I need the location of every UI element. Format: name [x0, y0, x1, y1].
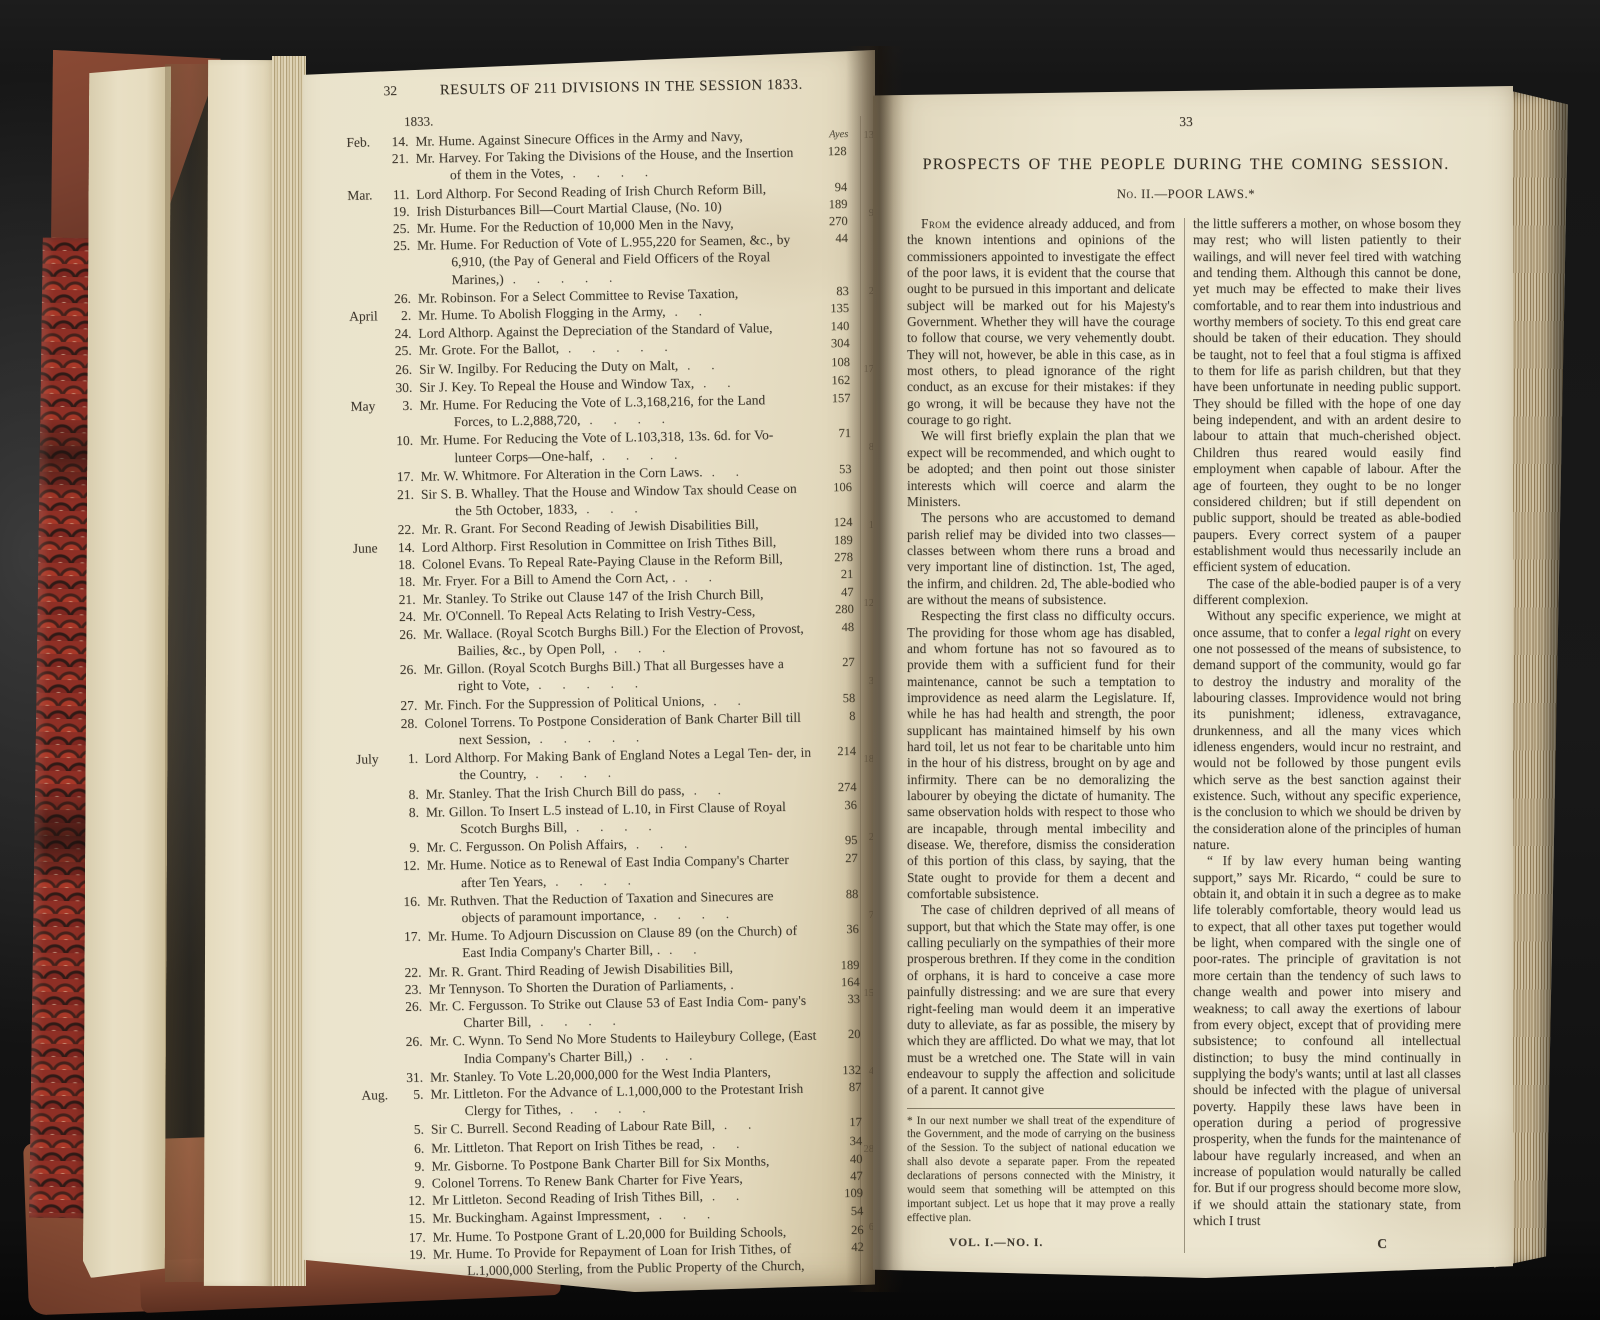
entry-day: 3.: [386, 397, 419, 415]
entry-month: [363, 1175, 399, 1176]
division-entry: 25.Mr. Hume. For Reduction of Vote of L.…: [348, 230, 849, 290]
entry-ayes-count: 135: [819, 300, 849, 318]
dot-leaders: ...: [586, 501, 659, 516]
entry-ayes-count: 106: [822, 479, 852, 497]
paragraph: “ If by law every human being wanting su…: [1193, 853, 1461, 1229]
entry-ayes-count: 47: [833, 1168, 863, 1186]
flyleaf-page: [204, 60, 278, 1286]
small-caps-lead: From: [921, 216, 951, 231]
entry-month: [363, 1192, 399, 1193]
paragraph: We will first briefly explain the plan t…: [907, 428, 1175, 510]
entry-month: [354, 609, 390, 610]
entry-day: 18.: [389, 573, 422, 591]
entry-ayes-count: 128: [816, 143, 846, 161]
right-page-number: 33: [907, 114, 1465, 130]
paragraph: Respecting the first class no difficulty…: [907, 608, 1175, 902]
entry-day: 17.: [388, 468, 421, 486]
dot-leaders: ..: [694, 782, 742, 797]
entry-text: Mr. Hume. For Reduction of Vote of L.955…: [417, 231, 819, 290]
paragraph: From the evidence already adduced, and f…: [907, 216, 1175, 428]
entry-month: [348, 237, 384, 238]
dot-leaders: ....: [540, 1014, 637, 1030]
entry-day: 2.: [385, 307, 418, 325]
entry-month: July: [356, 750, 392, 768]
entry-month: April: [349, 307, 385, 325]
left-page-number: 32: [383, 83, 397, 99]
entry-month: [358, 857, 394, 858]
dot-leaders: ...: [659, 1207, 732, 1222]
entry-day: 22.: [388, 521, 421, 539]
noes-fragment: 15: [864, 988, 875, 999]
dot-leaders: ....: [555, 873, 652, 889]
entry-ayes-count: 214: [826, 743, 856, 761]
entry-ayes-count: 280: [824, 601, 854, 619]
entry-ayes-count: 109: [833, 1185, 863, 1203]
dot-leaders: ....: [602, 447, 699, 463]
entry-month: [359, 928, 395, 929]
entry-month: [358, 893, 394, 894]
noes-fragment: 18: [864, 754, 875, 765]
entry-month: [351, 433, 387, 434]
entry-ayes-count: 94: [817, 179, 847, 197]
entry-day: 12.: [394, 857, 427, 875]
article-subtitle: No. II.—POOR LAWS.*: [907, 187, 1465, 202]
signature-mark: C: [1193, 1236, 1461, 1252]
book-photograph: 32 RESULTS OF 211 DIVISIONS IN THE SESSI…: [0, 0, 1600, 1320]
noes-fragment: 17: [864, 364, 875, 375]
entry-ayes-count: 21: [823, 566, 853, 584]
entry-day: 19.: [400, 1245, 433, 1263]
paragraph: Without any specific experience, we migh…: [1193, 608, 1461, 853]
dot-leaders: .....: [539, 730, 660, 746]
entry-ayes-count: 162: [820, 372, 850, 390]
entry-ayes-count: 58: [825, 689, 855, 707]
entry-ayes-count: 17: [832, 1114, 862, 1132]
entry-month: [360, 1034, 396, 1035]
entry-day: 26.: [396, 1033, 429, 1051]
running-title: RESULTS OF 211 DIVISIONS IN THE SESSION …: [397, 76, 846, 100]
noes-fragment: 28: [864, 1144, 875, 1155]
flyleaf-shadow: [165, 64, 209, 1282]
entry-day: 16.: [394, 892, 427, 910]
entry-month: [362, 1122, 398, 1123]
entry-ayes-count: 189: [823, 532, 853, 550]
entry-ayes-count: 157: [820, 390, 850, 408]
entry-month: [353, 591, 389, 592]
article-title: PROSPECTS OF THE PEOPLE DURING THE COMIN…: [907, 156, 1465, 174]
flyleaf-page: [83, 66, 171, 1278]
dot-leaders: .....: [568, 340, 689, 356]
entry-day: 5.: [398, 1121, 431, 1139]
entry-ayes-count: 71: [821, 425, 851, 443]
entry-month: May: [350, 397, 386, 415]
entry-month: [357, 786, 393, 787]
entry-day: 24.: [390, 608, 423, 626]
entry-day: 21.: [383, 150, 416, 168]
entry-ayes-count: 189: [829, 956, 859, 974]
entry-month: [349, 325, 385, 326]
entry-day: 5.: [397, 1086, 430, 1104]
entry-month: [363, 1211, 399, 1212]
entry-day: 9.: [399, 1175, 432, 1193]
entry-ayes-count: 36: [827, 797, 857, 815]
entry-month: [355, 697, 391, 698]
entry-text: Mr. Hume. To Provide for Repayment of Lo…: [433, 1239, 834, 1280]
entry-month: [360, 998, 396, 999]
entry-day: 11.: [383, 185, 416, 203]
ayes-column-header: Ayes: [829, 126, 849, 144]
entry-ayes-count: 95: [827, 832, 857, 850]
entry-month: [357, 839, 393, 840]
entry-month: [350, 343, 386, 344]
division-list: Ayes Feb.14.Mr. Hume. Against Sinecure O…: [346, 126, 864, 1281]
entry-ayes-count: 83: [819, 283, 849, 301]
entry-day: 21.: [388, 486, 421, 504]
entry-day: 21.: [389, 591, 422, 609]
volume-issue-line: VOL. I.—NO. I.: [949, 1235, 1175, 1251]
entry-ayes-count: 278: [823, 549, 853, 567]
text-column-right: the little sufferers a mother, on whose …: [1193, 216, 1461, 1253]
entry-day: 8.: [393, 785, 426, 803]
dot-leaders: ....: [535, 766, 632, 782]
dot-leaders: ..: [712, 1189, 760, 1204]
noes-column-fragments: 139217811231827154286: [861, 120, 874, 1280]
entry-ayes-count: 54: [833, 1203, 863, 1221]
entry-ayes-count: 304: [820, 335, 850, 353]
entry-month: [360, 981, 396, 982]
text-column-left: From the evidence already adduced, and f…: [907, 216, 1175, 1253]
entry-ayes-count: 8: [825, 708, 855, 726]
entry-ayes-count: 124: [822, 514, 852, 532]
paragraph: The case of the able-bodied pauper is of…: [1193, 576, 1461, 609]
paragraph: the little sufferers a mother, on whose …: [1193, 216, 1461, 576]
dot-leaders: .....: [538, 676, 659, 692]
entry-month: [349, 290, 385, 291]
noes-fragment: 12: [864, 598, 875, 609]
dot-leaders: ..: [674, 304, 722, 319]
column-divider-rule: [1184, 218, 1185, 1253]
entry-month: [352, 468, 388, 469]
entry-ayes-count: 189: [817, 196, 847, 214]
entry-month: [352, 522, 388, 523]
entry-day: 8.: [393, 803, 426, 821]
dot-leaders: ....: [572, 165, 669, 181]
entry-day: 26.: [390, 625, 423, 643]
entry-month: [355, 661, 391, 662]
entry-month: [353, 573, 389, 574]
entry-day: 17.: [395, 928, 428, 946]
entry-ayes-count: 88: [828, 886, 858, 904]
dot-leaders: ....: [576, 819, 673, 835]
entry-day: 1.: [392, 750, 425, 768]
entry-ayes-count: 87: [831, 1079, 861, 1097]
entry-day: 31.: [397, 1068, 430, 1086]
entry-ayes-count: 33: [830, 991, 860, 1009]
entry-ayes-count: 20: [830, 1026, 860, 1044]
entry-day: 6.: [398, 1139, 431, 1157]
dot-leaders: ....: [589, 412, 686, 428]
entry-day: 23.: [396, 980, 429, 998]
paragraph: The persons who are accustomed to demand…: [907, 510, 1175, 608]
entry-day: 26.: [391, 661, 424, 679]
entry-ayes-count: 27: [828, 850, 858, 868]
entry-day: 25.: [384, 220, 417, 238]
entry-month: [352, 486, 388, 487]
right-page: 33 PROSPECTS OF THE PEOPLE DURING THE CO…: [873, 86, 1513, 1278]
entry-day: 26.: [386, 360, 419, 378]
entry-ayes-count: 47: [823, 584, 853, 602]
entry-ayes-count: 108: [820, 354, 850, 372]
entry-month: [359, 964, 395, 965]
entry-day: 22.: [395, 963, 428, 981]
footnote-rule: [907, 1108, 1175, 1109]
entry-day: 28.: [391, 714, 424, 732]
entry-ayes-count: 140: [819, 318, 849, 336]
entry-day: 27.: [391, 696, 424, 714]
paragraph: The case of children deprived of all mea…: [907, 902, 1175, 1098]
entry-month: [362, 1158, 398, 1159]
entry-day: 24.: [385, 325, 418, 343]
entry-month: [361, 1069, 397, 1070]
dot-leaders: ....: [570, 1101, 667, 1117]
dot-leaders: ..: [712, 1136, 760, 1151]
dot-leaders: ..: [724, 1118, 772, 1133]
dot-leaders: ....: [653, 907, 750, 923]
entry-ayes-count: 34: [832, 1132, 862, 1150]
entry-day: 30.: [386, 379, 419, 397]
dot-leaders: ..: [713, 693, 761, 708]
dot-leaders: ..: [712, 464, 760, 479]
dot-leaders: ..: [703, 375, 751, 390]
footnote: * In our next number we shall treat of t…: [907, 1115, 1175, 1226]
noes-fragment: 13: [864, 130, 875, 141]
dot-leaders: .....: [513, 270, 634, 286]
entry-day: 14.: [382, 133, 415, 151]
entry-ayes-count: 132: [831, 1062, 861, 1080]
entry-month: [355, 715, 391, 716]
entry-month: [350, 379, 386, 380]
entry-ayes-count: 48: [824, 619, 854, 637]
entry-ayes-count: 36: [829, 921, 859, 939]
entry-ayes-count: 164: [830, 974, 860, 992]
dot-leaders: ..: [669, 942, 717, 957]
entry-day: 15.: [399, 1210, 432, 1228]
entry-month: [354, 626, 390, 627]
entry-day: 18.: [389, 556, 422, 574]
dot-leaders: ...: [641, 1048, 714, 1063]
entry-month: [364, 1246, 400, 1247]
entry-day: 14.: [389, 538, 422, 556]
entry-day: 25.: [384, 237, 417, 255]
entry-month: June: [353, 539, 389, 557]
entry-day: 25.: [386, 342, 419, 360]
page-stack-edges-left: [272, 56, 306, 1286]
entry-day: 19.: [383, 203, 416, 221]
entry-month: [357, 804, 393, 805]
entry-month: Feb.: [346, 133, 382, 151]
entry-day: 26.: [396, 998, 429, 1016]
entry-ayes-count: 274: [826, 778, 856, 796]
dot-leaders: ..: [684, 570, 732, 585]
dot-leaders: ...: [636, 836, 709, 851]
entry-day: 17.: [399, 1228, 432, 1246]
entry-month: [348, 220, 384, 221]
entry-month: [350, 361, 386, 362]
entry-day: 9.: [398, 1157, 431, 1175]
entry-month: [363, 1229, 399, 1230]
left-page: 32 RESULTS OF 211 DIVISIONS IN THE SESSI…: [303, 50, 875, 1292]
entry-day: 26.: [385, 290, 418, 308]
dot-leaders: ..: [687, 357, 735, 372]
dot-leaders: ...: [614, 640, 687, 655]
entry-ayes-count: 27: [825, 654, 855, 672]
entry-ayes-count: 44: [818, 230, 848, 248]
entry-month: Aug.: [361, 1086, 397, 1104]
entry-ayes-count: 53: [821, 461, 851, 479]
entry-ayes-count: 40: [832, 1151, 862, 1169]
entry-day: 12.: [399, 1192, 432, 1210]
entry-month: Mar.: [347, 186, 383, 204]
entry-day: 10.: [387, 432, 420, 450]
entry-ayes-count: 270: [818, 213, 848, 231]
entry-month: [362, 1140, 398, 1141]
entry-day: 9.: [393, 839, 426, 857]
